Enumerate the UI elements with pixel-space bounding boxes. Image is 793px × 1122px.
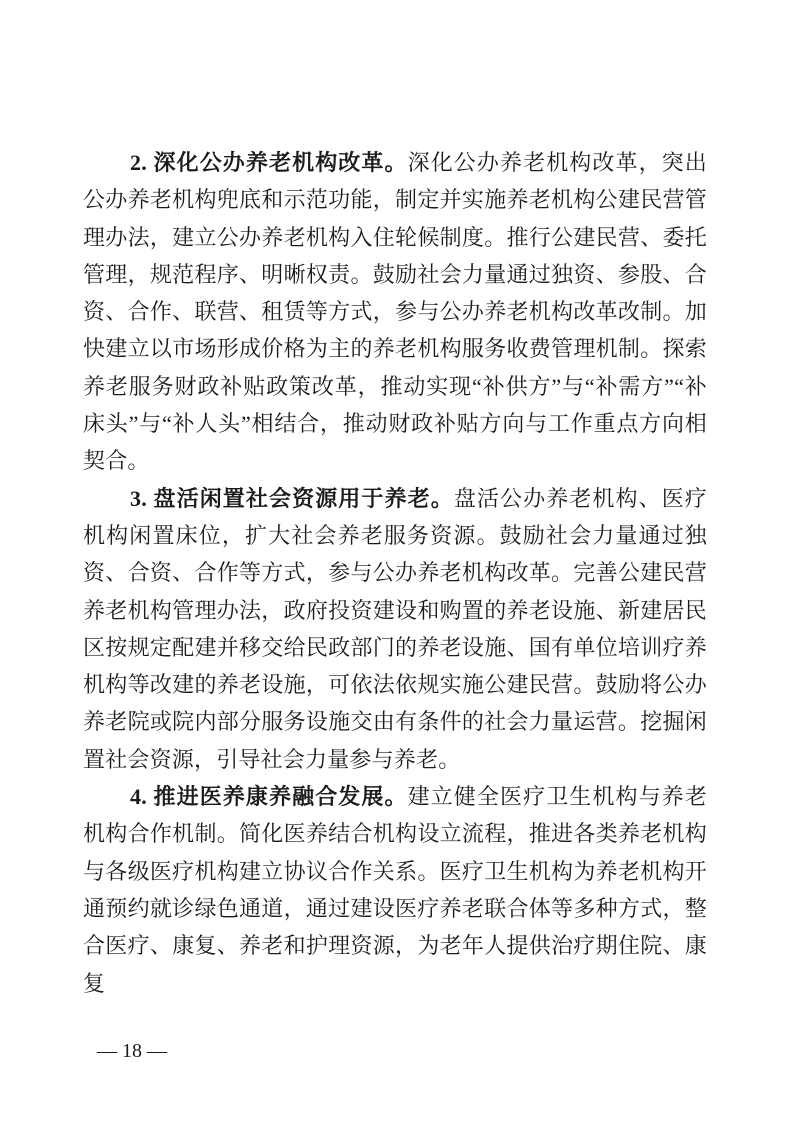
paragraph-4: 4. 推进医养康养融合发展。建立健全医疗卫生机构与养老机构合作机制。简化医养结合…	[83, 778, 707, 1002]
paragraph-2-heading: 2. 深化公办养老机构改革。	[130, 150, 408, 175]
paragraph-3-body: 盘活公办养老机构、医疗机构闲置床位，扩大社会养老服务资源。鼓励社会力量通过独资、…	[83, 486, 707, 772]
paragraph-2: 2. 深化公办养老机构改革。深化公办养老机构改革，突出公办养老机构兜底和示范功能…	[83, 144, 707, 480]
paragraph-3: 3. 盘活闲置社会资源用于养老。盘活公办养老机构、医疗机构闲置床位，扩大社会养老…	[83, 480, 707, 778]
document-page: 2. 深化公办养老机构改革。深化公办养老机构改革，突出公办养老机构兜底和示范功能…	[0, 0, 793, 1122]
paragraph-4-body: 建立健全医疗卫生机构与养老机构合作机制。简化医养结合机构设立流程，推进各类养老机…	[83, 784, 707, 995]
paragraph-3-heading: 3. 盘活闲置社会资源用于养老。	[130, 486, 454, 511]
paragraph-2-body: 深化公办养老机构改革，突出公办养老机构兜底和示范功能，制定并实施养老机构公建民营…	[83, 150, 707, 473]
paragraph-4-heading: 4. 推进医养康养融合发展。	[130, 784, 408, 809]
document-body: 2. 深化公办养老机构改革。深化公办养老机构改革，突出公办养老机构兜底和示范功能…	[83, 144, 707, 1002]
page-number: — 18 —	[97, 1040, 167, 1063]
